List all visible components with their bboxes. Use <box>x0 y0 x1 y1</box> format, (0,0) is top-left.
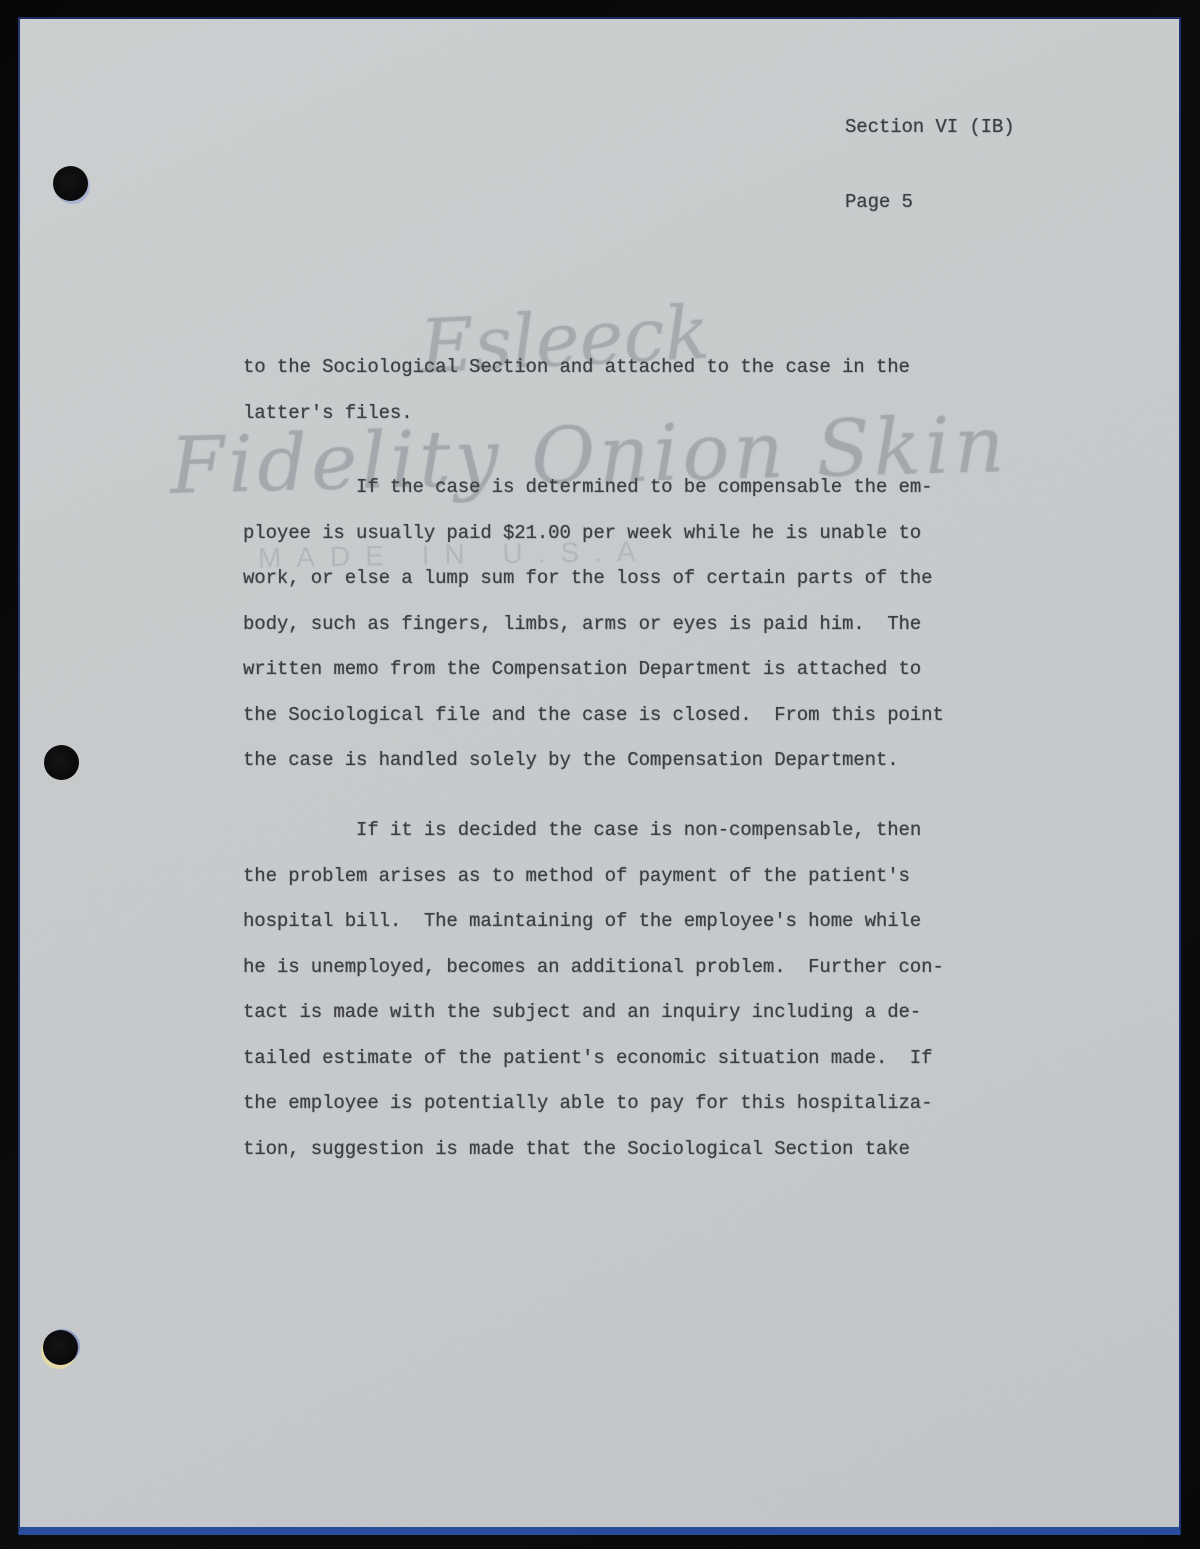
punch-hole-bottom <box>43 1330 78 1365</box>
page-number: Page 5 <box>845 190 1015 215</box>
scan-background: Esleeck Fidelity Onion Skin MADE IN U.S.… <box>0 0 1200 1549</box>
document-page: Esleeck Fidelity Onion Skin MADE IN U.S.… <box>18 17 1181 1535</box>
punch-hole-middle <box>44 745 79 780</box>
paragraph: to the Sociological Section and attached… <box>243 345 1013 436</box>
paragraph: If the case is determined to be compensa… <box>243 465 1013 784</box>
punch-hole-top <box>53 166 88 201</box>
section-label: Section VI (IB) <box>845 115 1015 140</box>
page-header: Section VI (IB) Page 5 <box>845 65 1015 265</box>
paragraph: If it is decided the case is non-compens… <box>243 808 1013 1172</box>
